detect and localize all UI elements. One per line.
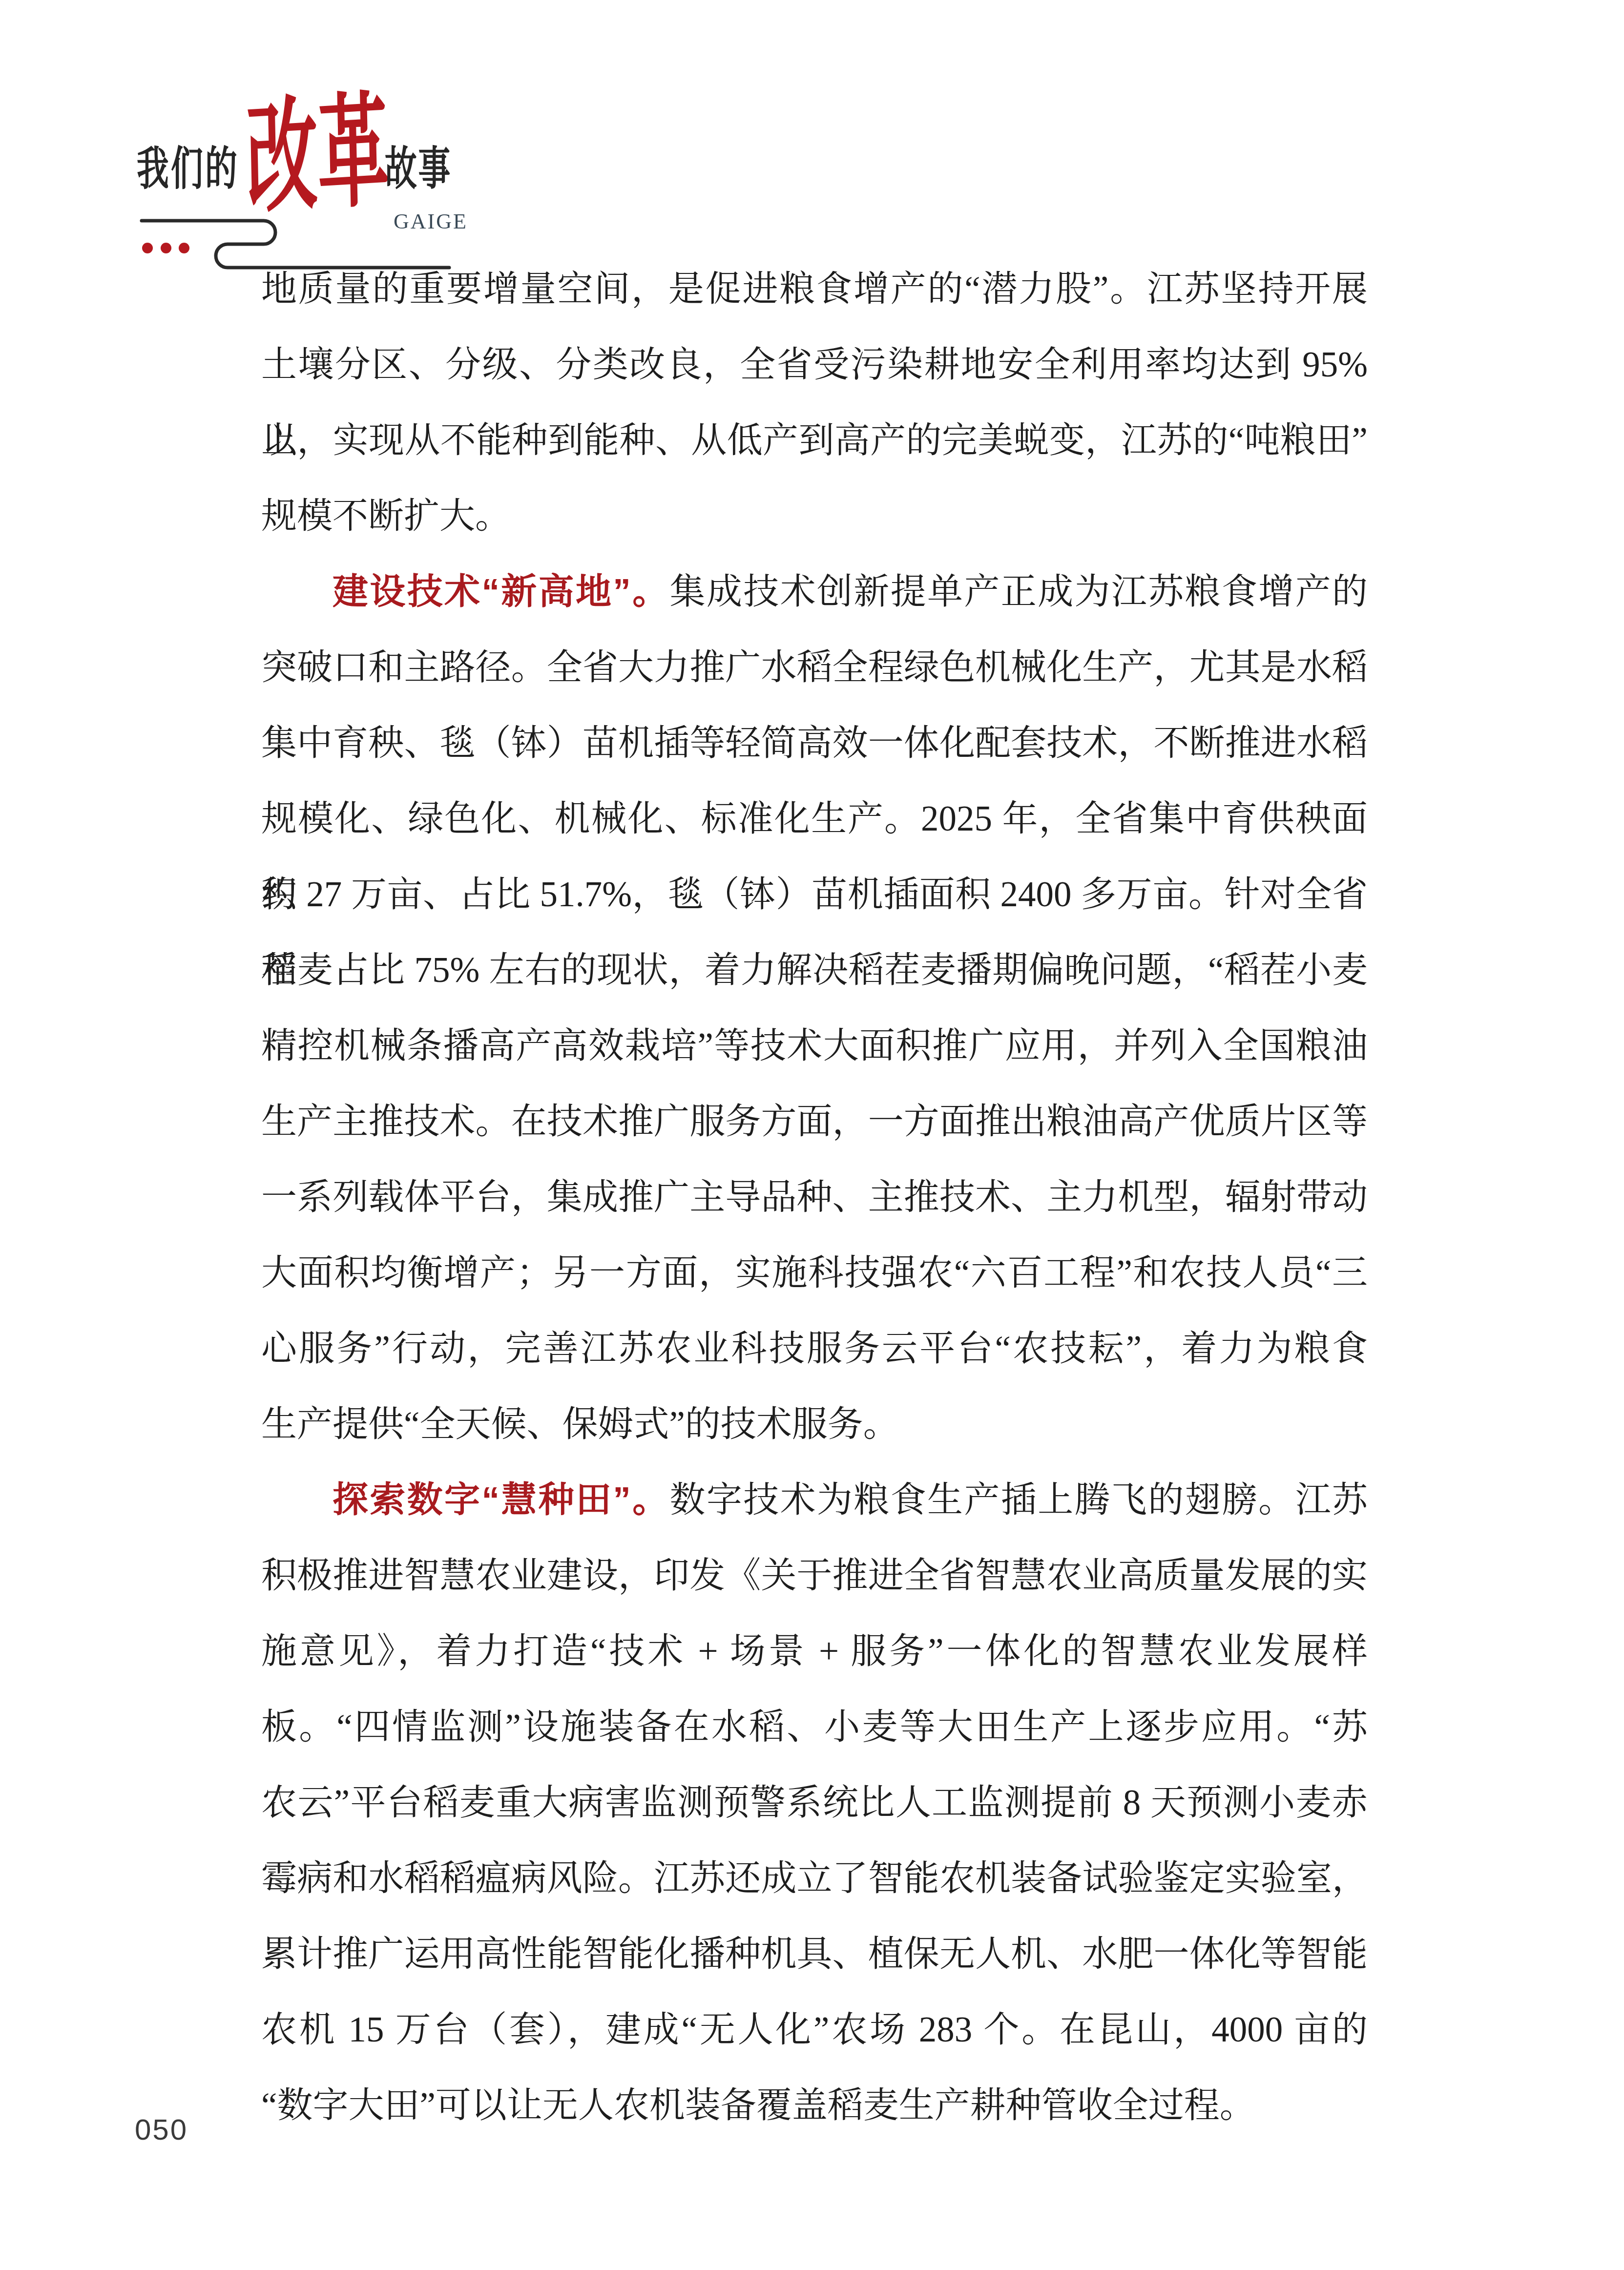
text-line: 农机 15 万台（套），建成“无人化”农场 283 个。在昆山，4000 亩的 <box>261 1992 1368 2067</box>
paragraph-heading: 探索数字“慧种田”。 <box>333 1480 670 1520</box>
paragraph-heading: 建设技术“新高地”。 <box>333 572 670 611</box>
text-line: 农云”平台稻麦重大病害监测预警系统比人工监测提前 8 天预测小麦赤 <box>261 1765 1368 1840</box>
text-line: 施意见》，着力打造“技术 + 场景 + 服务”一体化的智慧农业发展样 <box>261 1613 1368 1689</box>
text-line: 一系列载体平台，集成推广主导品种、主推技术、主力机型，辐射带动 <box>261 1159 1368 1235</box>
text-line: 精控机械条播高产高效栽培”等技术大面积推广应用，并列入全国粮油 <box>261 1008 1368 1083</box>
text-line: 霉病和水稻稻瘟病风险。江苏还成立了智能农机装备试验鉴定实验室， <box>261 1840 1368 1916</box>
text-line: 约 27 万亩、占比 51.7%，毯（钵）苗机插面积 2400 多万亩。针对全省… <box>261 856 1368 932</box>
logo-text-brand-calligraphy: 改革 <box>245 90 390 221</box>
page-number: 050 <box>135 2115 188 2145</box>
logo-subtitle-pinyin: GAIGE <box>394 211 468 232</box>
text-line: 大面积均衡增产；另一方面，实施科技强农“六百工程”和农技人员“三 <box>261 1235 1368 1311</box>
text-line: 突破口和主路径。全省大力推广水稻全程绿色机械化生产，尤其是水稻 <box>261 629 1368 705</box>
text-line: 建设技术“新高地”。集成技术创新提单产正成为江苏粮食增产的 <box>261 554 1368 629</box>
text-line: 心服务”行动，完善江苏农业科技服务云平台“农技耘”，着力为粮食 <box>261 1311 1368 1386</box>
text-line: 生产主推技术。在技术推广服务方面，一方面推出粮油高产优质片区等 <box>261 1083 1368 1159</box>
text-line: 积极推进智慧农业建设，印发《关于推进全省智慧农业高质量发展的实 <box>261 1538 1368 1613</box>
logo-text-prefix: 我们的 <box>137 146 239 192</box>
logo-text-suffix: 故事 <box>385 146 452 192</box>
text-line: 集中育秧、毯（钵）苗机插等轻简高效一体化配套技术，不断推进水稻 <box>261 705 1368 781</box>
text-line: 上，实现从不能种到能种、从低产到高产的完美蜕变，江苏的“吨粮田” <box>261 402 1368 478</box>
text-line: “数字大田”可以让无人农机装备覆盖稻麦生产耕种管收全过程。 <box>261 2067 1368 2143</box>
text-line: 土壤分区、分级、分类改良，全省受污染耕地安全利用率均达到 95% 以 <box>261 327 1368 402</box>
text-line: 规模不断扩大。 <box>261 478 1368 554</box>
text-line: 探索数字“慧种田”。数字技术为粮食生产插上腾飞的翅膀。江苏 <box>261 1462 1368 1538</box>
text-line: 地质量的重要增量空间，是促进粮食增产的“潜力股”。江苏坚持开展 <box>261 251 1368 327</box>
text-line: 板。“四情监测”设施装备在水稻、小麦等大田生产上逐步应用。“苏 <box>261 1689 1368 1765</box>
text-line: 规模化、绿色化、机械化、标准化生产。2025 年，全省集中育供秧面积 <box>261 781 1368 856</box>
body-text: 地质量的重要增量空间，是促进粮食增产的“潜力股”。江苏坚持开展土壤分区、分级、分… <box>261 251 1368 2143</box>
text-line: 生产提供“全天候、保姆式”的技术服务。 <box>261 1386 1368 1462</box>
text-line: 茬麦占比 75% 左右的现状，着力解决稻茬麦播期偏晚问题，“稻茬小麦 <box>261 932 1368 1008</box>
text-line: 累计推广运用高性能智能化播种机具、植保无人机、水肥一体化等智能 <box>261 1916 1368 1992</box>
